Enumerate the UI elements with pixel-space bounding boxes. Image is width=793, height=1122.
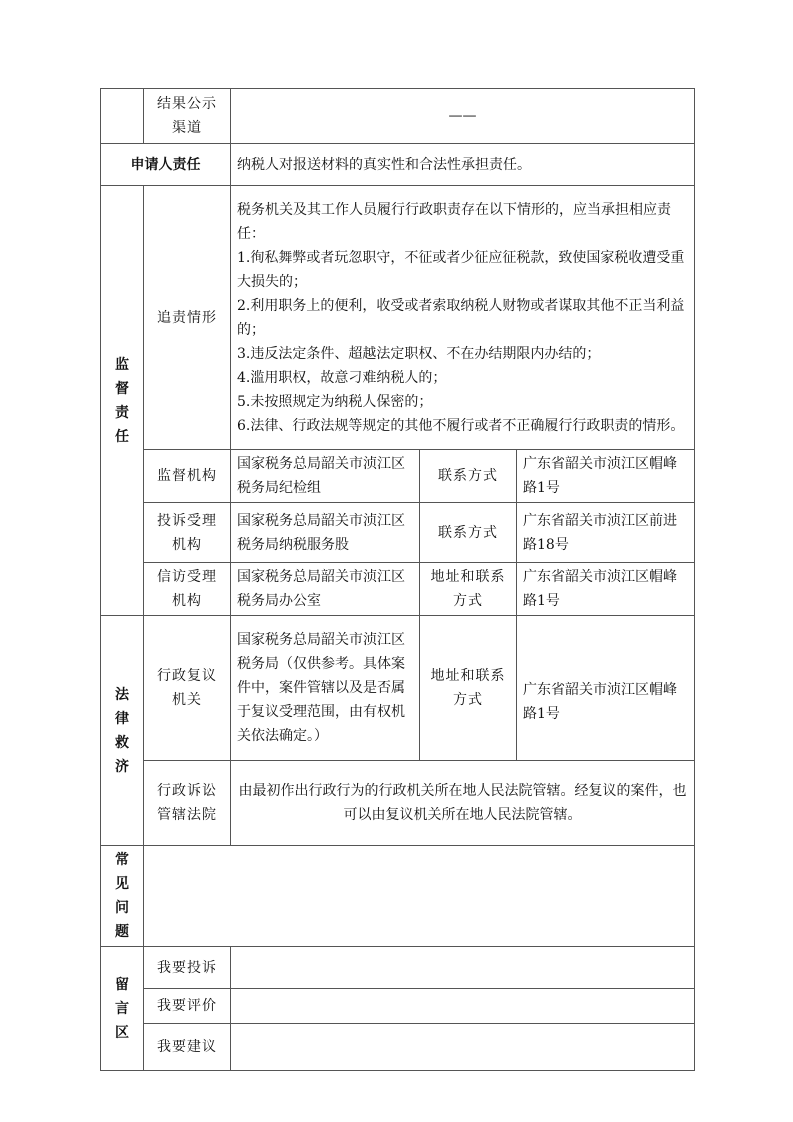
- complaint-org-label: 投诉受理机构: [144, 503, 231, 563]
- complaint-org-name: 国家税务总局韶关市浈江区税务局纳税服务股: [231, 503, 420, 563]
- complaint-message-label: 我要投诉: [144, 947, 231, 989]
- reconsideration-org: 国家税务总局韶关市浈江区税务局（仅供参考。具体案件中，案件管辖以及是否属于复议受…: [231, 616, 420, 761]
- faq-row: 常 见 问 题: [101, 846, 695, 947]
- reconsideration-row: 法 律 救 济 行政复议机关 国家税务总局韶关市浈江区税务局（仅供参考。具体案件…: [101, 616, 695, 761]
- legal-remedy-section-label: 法 律 救 济: [101, 616, 144, 846]
- empty-section-cell: [101, 89, 144, 144]
- result-publicity-label: 结果公示渠道: [144, 89, 231, 144]
- complaint-contact-value: 广东省韶关市浈江区前进路18号: [517, 503, 695, 563]
- reconsideration-label: 行政复议机关: [144, 616, 231, 761]
- evaluation-message-row: 我要评价: [101, 989, 695, 1024]
- accountability-label: 追责情形: [144, 186, 231, 450]
- litigation-row: 行政诉讼管辖法院 由最初作出行政行为的行政机关所在地人民法院管辖。经复议的案件，…: [101, 761, 695, 846]
- applicant-responsibility-row: 申请人责任 纳税人对报送材料的真实性和合法性承担责任。: [101, 144, 695, 186]
- accountability-intro: 税务机关及其工作人员履行行政职责存在以下情形的，应当承担相应责任：: [237, 198, 688, 246]
- litigation-label: 行政诉讼管辖法院: [144, 761, 231, 846]
- petition-org-label: 信访受理机构: [144, 563, 231, 616]
- result-publicity-value: ——: [231, 89, 695, 144]
- accountability-item-5: 5.未按照规定为纳税人保密的；: [237, 390, 688, 414]
- supervision-org-label: 监督机构: [144, 450, 231, 503]
- result-publicity-row: 结果公示渠道 ——: [101, 89, 695, 144]
- reconsideration-contact-label: 地址和联系方式: [420, 616, 517, 761]
- supervision-contact-label: 联系方式: [420, 450, 517, 503]
- accountability-row: 监 督 责 任 追责情形 税务机关及其工作人员履行行政职责存在以下情形的，应当承…: [101, 186, 695, 450]
- faq-content: [144, 846, 695, 947]
- message-area-section-label: 留 言 区: [101, 947, 144, 1071]
- accountability-item-4: 4.滥用职权，故意刁难纳税人的；: [237, 366, 688, 390]
- evaluation-message-label: 我要评价: [144, 989, 231, 1024]
- litigation-value: 由最初作出行政行为的行政机关所在地人民法院管辖。经复议的案件，也可以由复议机关所…: [231, 761, 695, 846]
- petition-org-name: 国家税务总局韶关市浈江区税务局办公室: [231, 563, 420, 616]
- petition-org-row: 信访受理机构 国家税务总局韶关市浈江区税务局办公室 地址和联系方式 广东省韶关市…: [101, 563, 695, 616]
- suggestion-message-field[interactable]: [231, 1024, 695, 1071]
- accountability-item-3: 3.违反法定条件、超越法定职权、不在办结期限内办结的；: [237, 342, 688, 366]
- suggestion-message-row: 我要建议: [101, 1024, 695, 1071]
- service-guide-table: 结果公示渠道 —— 申请人责任 纳税人对报送材料的真实性和合法性承担责任。 监 …: [100, 88, 695, 1071]
- petition-contact-value: 广东省韶关市浈江区帽峰路1号: [517, 563, 695, 616]
- complaint-message-field[interactable]: [231, 947, 695, 989]
- faq-section-label: 常 见 问 题: [101, 846, 144, 947]
- reconsideration-contact-value: 广东省韶关市浈江区帽峰路1号: [517, 616, 695, 761]
- supervision-org-row: 监督机构 国家税务总局韶关市浈江区税务局纪检组 联系方式 广东省韶关市浈江区帽峰…: [101, 450, 695, 503]
- petition-contact-label: 地址和联系方式: [420, 563, 517, 616]
- accountability-item-6: 6.法律、行政法规等规定的其他不履行或者不正确履行行政职责的情形。: [237, 414, 688, 438]
- supervision-org-name: 国家税务总局韶关市浈江区税务局纪检组: [231, 450, 420, 503]
- accountability-item-2: 2.利用职务上的便利，收受或者索取纳税人财物或者谋取其他不正当利益的；: [237, 294, 688, 342]
- complaint-org-row: 投诉受理机构 国家税务总局韶关市浈江区税务局纳税服务股 联系方式 广东省韶关市浈…: [101, 503, 695, 563]
- evaluation-message-field[interactable]: [231, 989, 695, 1024]
- accountability-content: 税务机关及其工作人员履行行政职责存在以下情形的，应当承担相应责任： 1.徇私舞弊…: [231, 186, 695, 450]
- accountability-item-1: 1.徇私舞弊或者玩忽职守，不征或者少征应征税款，致使国家税收遭受重大损失的；: [237, 246, 688, 294]
- supervision-contact-value: 广东省韶关市浈江区帽峰路1号: [517, 450, 695, 503]
- complaint-contact-label: 联系方式: [420, 503, 517, 563]
- complaint-message-row: 留 言 区 我要投诉: [101, 947, 695, 989]
- applicant-responsibility-label: 申请人责任: [101, 144, 231, 186]
- suggestion-message-label: 我要建议: [144, 1024, 231, 1071]
- applicant-responsibility-value: 纳税人对报送材料的真实性和合法性承担责任。: [231, 144, 695, 186]
- supervision-section-label: 监 督 责 任: [101, 186, 144, 616]
